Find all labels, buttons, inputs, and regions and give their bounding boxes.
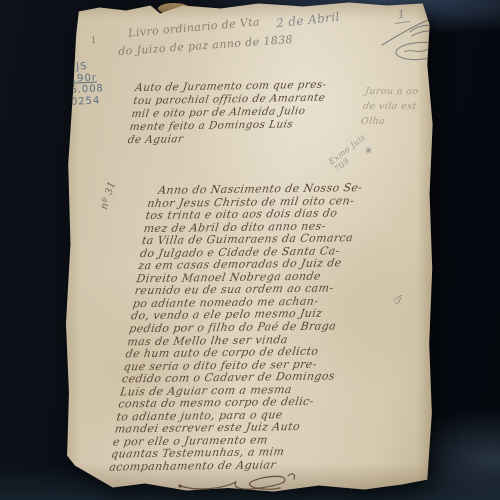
summary-line: de Aguiar [127,131,321,147]
margin-entry-number: nº 31 [99,180,118,211]
photograph-background: TJS 190r 6.008 0254 1 Livro ordinario de… [0,0,500,500]
closing-flourish-icon [176,458,326,494]
body-text: Anno do Nascimento de Nosso Se- nhor Jes… [108,182,363,474]
side-note-line: de vila est [362,99,418,114]
pencil-date-note: 2 de Abril [275,10,340,31]
paper-sheet: TJS 190r 6.008 0254 1 Livro ordinario de… [58,0,436,498]
side-note-line: Olha [360,114,416,129]
archival-code: 0254 [71,95,105,108]
side-note-line: Jurou a ao [364,84,420,99]
archival-codes: TJS 190r 6.008 0254 [69,60,105,108]
oval-stamp-icon [394,41,444,61]
page-mark: 1 [91,36,96,45]
margin-tick-mark: ⁄j [395,293,403,305]
act-summary: Auto de Juramento com que pres- tou paro… [127,79,328,148]
manuscript-page: TJS 190r 6.008 0254 1 Livro ordinario de… [58,0,436,498]
marginal-side-note: Jurou a ao de vila est Olha [360,84,420,129]
asterisk-mark-icon: ✳ [363,145,373,158]
